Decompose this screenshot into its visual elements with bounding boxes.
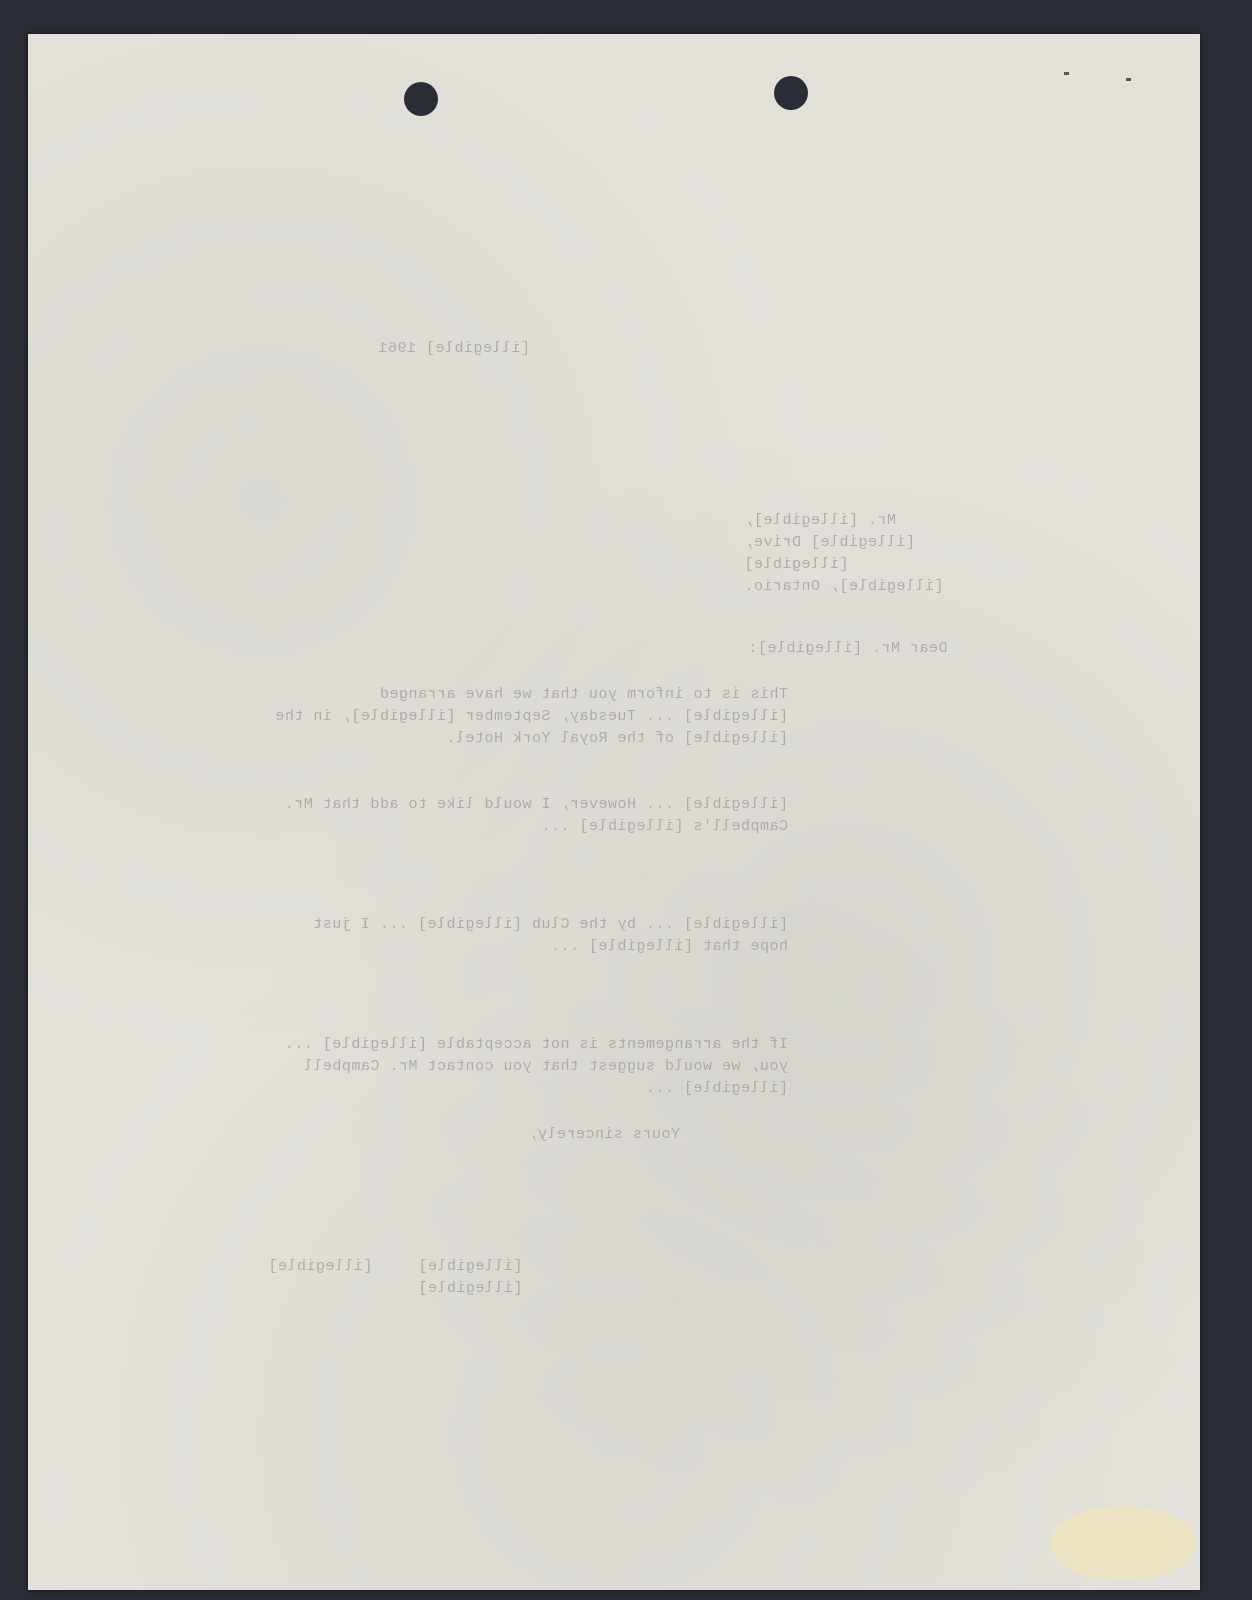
salutation: Dear Mr. [illegible]: [748, 638, 948, 660]
body-paragraph: If the arrangements is not acceptable [i… [268, 1034, 788, 1100]
body-paragraph: [illegible] ... by the Club [illegible] … [268, 914, 788, 958]
punch-hole [774, 76, 808, 110]
closing: Yours sincerely, [528, 1124, 680, 1146]
ink-mark [1064, 72, 1069, 75]
letter-date: [illegible] 1961 [378, 338, 530, 360]
body-paragraph: This is to inform you that we have arran… [268, 684, 788, 750]
ink-mark [1126, 78, 1131, 81]
punch-hole [404, 82, 438, 116]
reference-initials: [illegible] [268, 1256, 373, 1278]
signature-name: [illegible] [418, 1256, 523, 1278]
signature-title: [illegible] [418, 1278, 523, 1300]
label-sticker [1050, 1506, 1196, 1580]
body-paragraph: [illegible] ... However, I would like to… [268, 794, 788, 838]
letter-sheet: [illegible] 1961 Mr. [illegible], [illeg… [28, 34, 1200, 1590]
